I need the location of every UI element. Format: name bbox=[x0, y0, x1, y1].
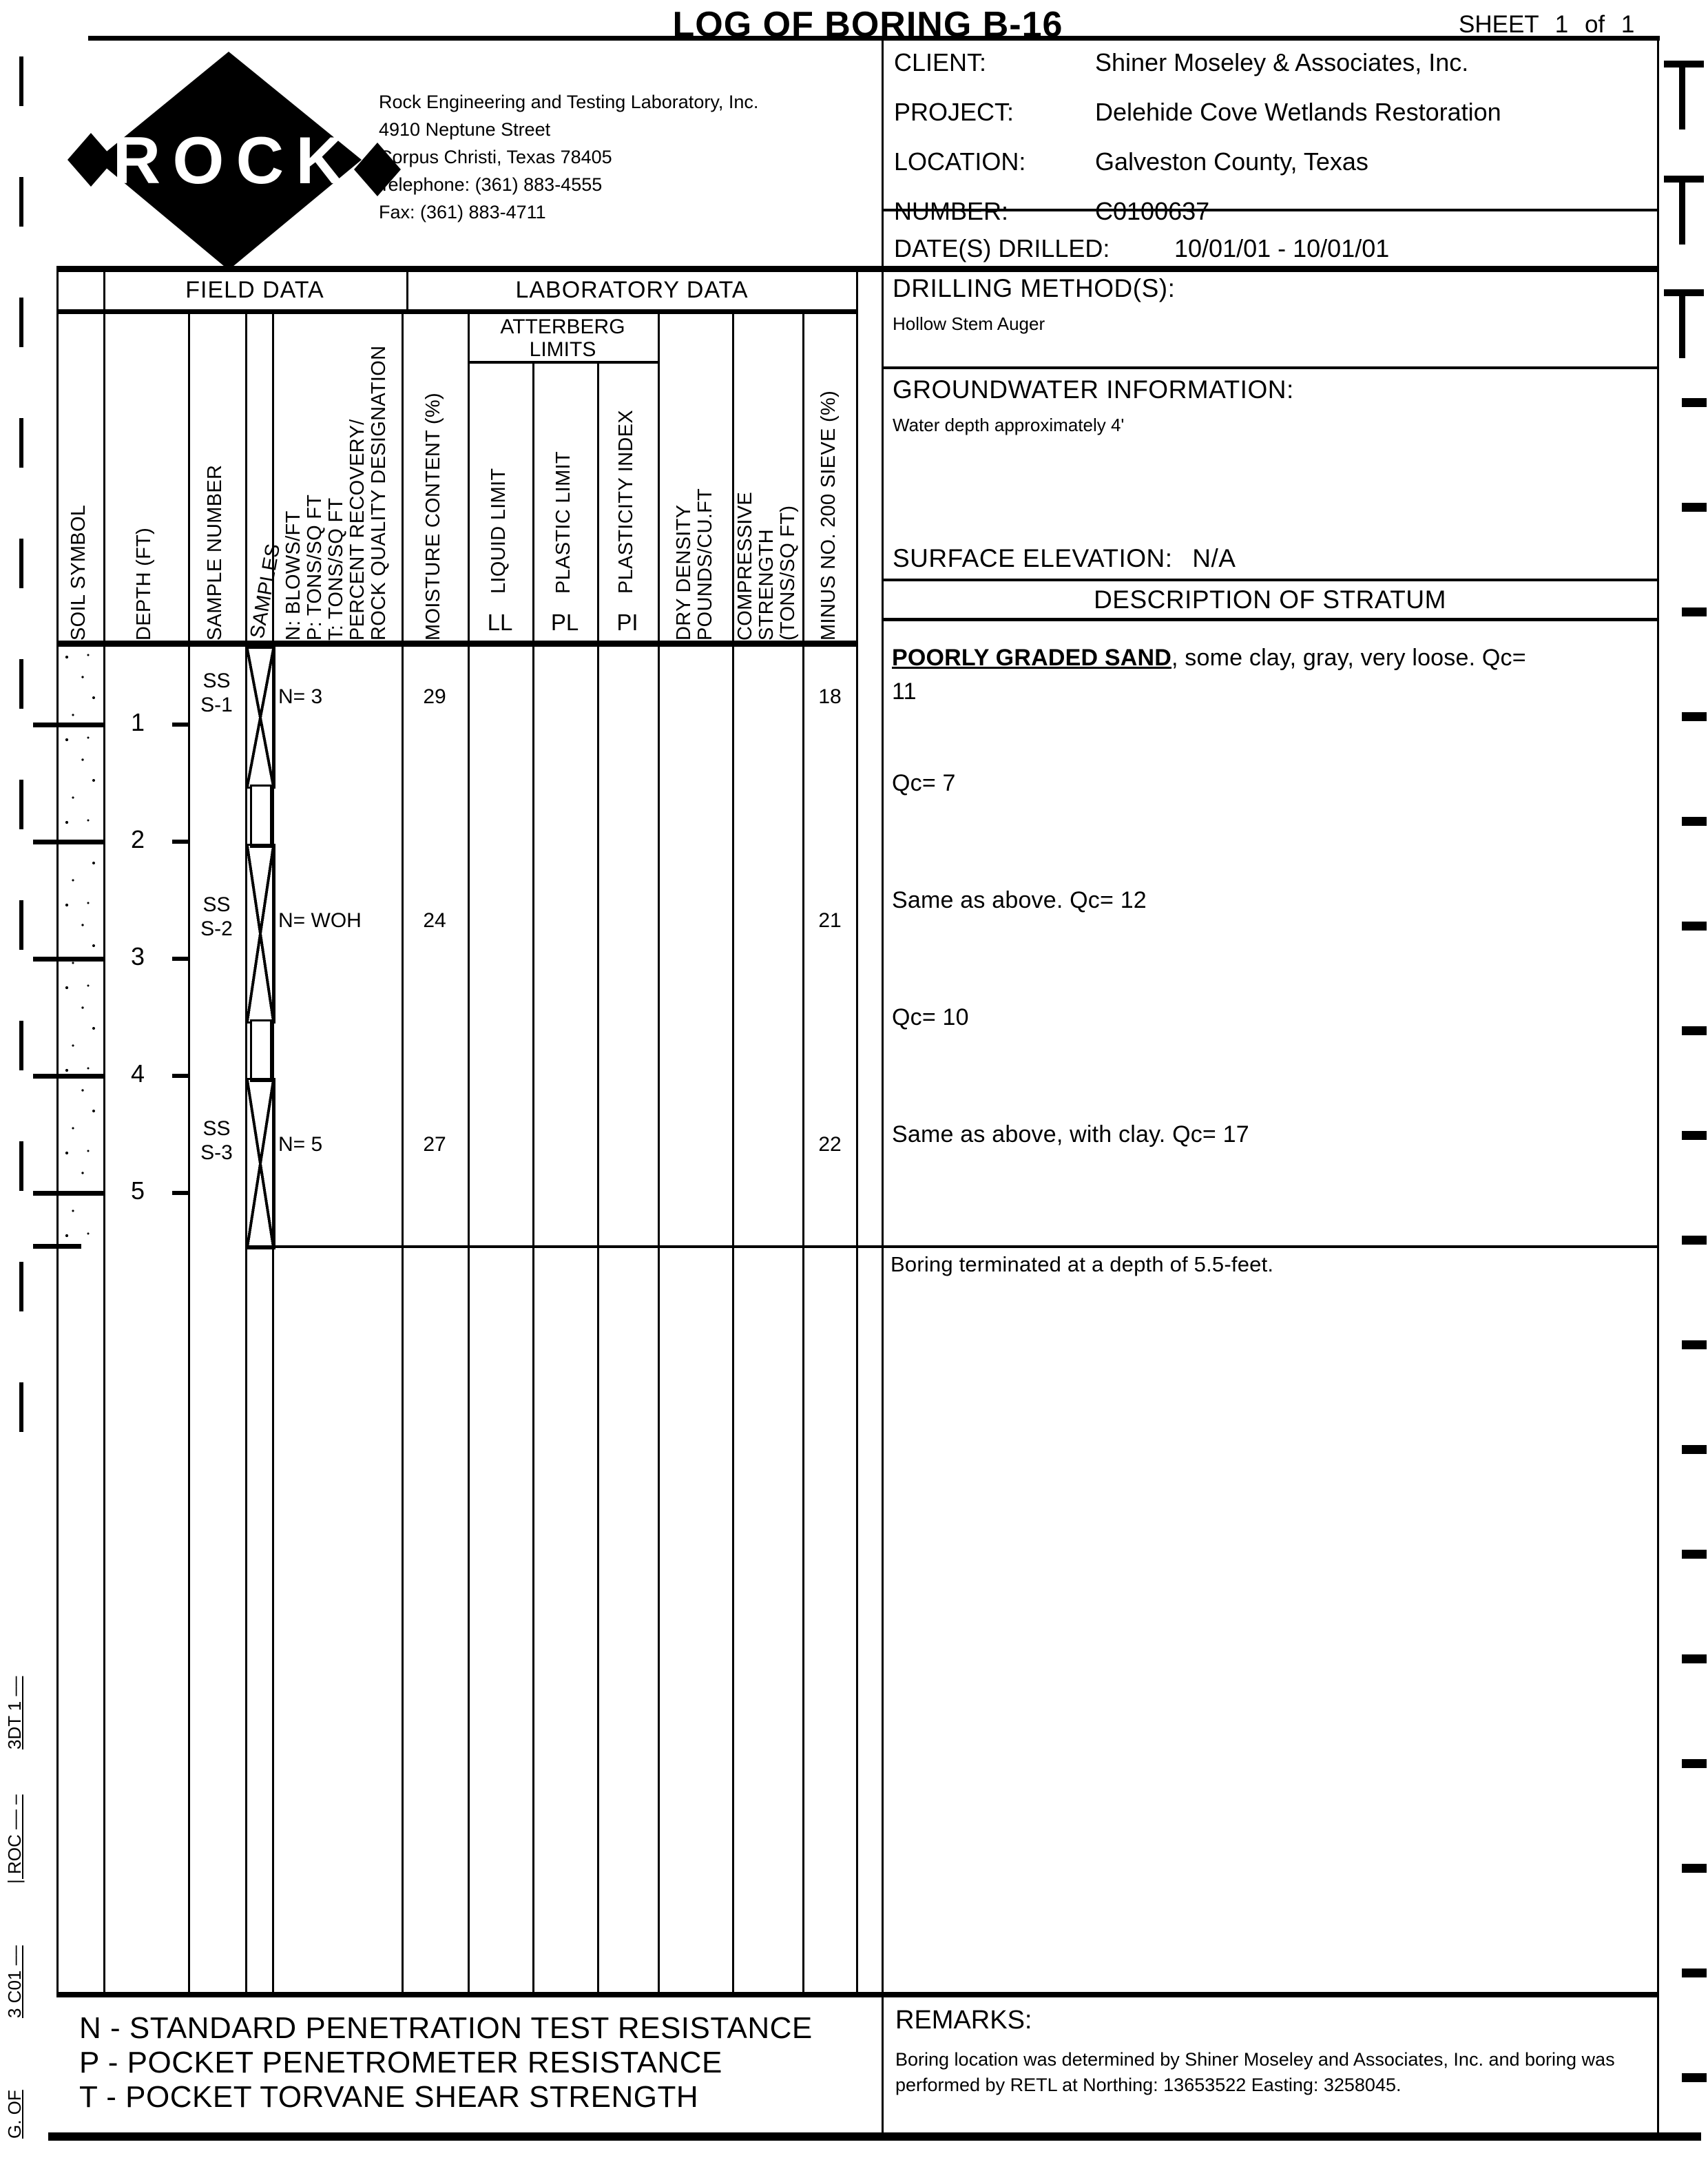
company-address2: Corpus Christi, Texas 78405 bbox=[379, 143, 758, 171]
surface-elevation-row: SURFACE ELEVATION: N/A bbox=[893, 544, 1236, 573]
stratum-main-line2: 11 bbox=[892, 678, 917, 705]
termination-note: Boring terminated at a depth of 5.5-feet… bbox=[891, 1252, 1273, 1277]
scan-artifact bbox=[1682, 712, 1707, 721]
groundwater-label: GROUNDWATER INFORMATION: bbox=[893, 375, 1294, 404]
company-address1: 4910 Neptune Street bbox=[379, 116, 758, 143]
scan-artifact bbox=[1682, 1864, 1707, 1873]
legend-p: P - POCKET PENETROMETER RESISTANCE bbox=[79, 2046, 813, 2080]
project-value: Delehide Cove Wetlands Restoration bbox=[1095, 98, 1501, 127]
project-label: PROJECT: bbox=[894, 98, 1014, 127]
col-header-liquid-limit: LIQUID LIMIT bbox=[488, 380, 512, 594]
scan-artifact bbox=[1682, 922, 1707, 931]
stratum-main-rest: , some clay, gray, very loose. Qc= bbox=[1171, 645, 1526, 671]
pi-label: PI bbox=[597, 610, 658, 636]
scan-artifact bbox=[1679, 295, 1685, 358]
scan-artifact bbox=[1682, 398, 1707, 407]
client-label: CLIENT: bbox=[894, 48, 986, 77]
location-value: Galveston County, Texas bbox=[1095, 147, 1368, 176]
scan-artifact bbox=[1682, 1131, 1707, 1140]
stratum-description-main: POORLY GRADED SAND, some clay, gray, ver… bbox=[892, 645, 1649, 672]
company-block: Rock Engineering and Testing Laboratory,… bbox=[379, 88, 758, 226]
margin-text-fragment: G. OF bbox=[4, 2090, 25, 2139]
scan-artifact bbox=[1682, 503, 1707, 512]
depth-mark: 2 bbox=[110, 825, 165, 854]
minus200-value: 21 bbox=[802, 909, 857, 933]
n-value: N= 3 bbox=[278, 685, 322, 709]
scan-artifact bbox=[1682, 1759, 1707, 1768]
margin-text-fragment: 3 C01 –– bbox=[4, 1945, 25, 2018]
drilling-method-label: DRILLING METHOD(S): bbox=[893, 274, 1175, 303]
scan-artifact bbox=[1682, 1340, 1707, 1349]
moisture-value: 27 bbox=[402, 1133, 468, 1156]
ll-label: LL bbox=[468, 610, 532, 636]
margin-text-fragment: | ROC –– – bbox=[4, 1794, 25, 1884]
scan-artifact bbox=[1679, 181, 1685, 245]
scan-artifact bbox=[1682, 1236, 1707, 1245]
scan-artifact bbox=[1682, 1550, 1707, 1559]
scan-artifact bbox=[1682, 2073, 1707, 2082]
moisture-value: 29 bbox=[402, 685, 468, 709]
minus200-value: 18 bbox=[802, 685, 857, 709]
surface-elevation-label: SURFACE ELEVATION: bbox=[893, 544, 1173, 572]
laboratory-data-header: LABORATORY DATA bbox=[406, 277, 857, 304]
groundwater-value: Water depth approximately 4' bbox=[893, 415, 1124, 436]
boring-log-page: G. OF 3 C01 –– | ROC –– – 3DT 1 –– LOG O… bbox=[0, 0, 1708, 2171]
company-phone: Telephone: (361) 883-4555 bbox=[379, 171, 758, 198]
soil-symbol-sand-pattern bbox=[59, 647, 102, 1247]
sample-interval-s1 bbox=[245, 647, 275, 789]
scan-artifact bbox=[1682, 607, 1707, 616]
rock-logo: ROCK bbox=[48, 34, 406, 282]
moisture-value: 24 bbox=[402, 909, 468, 933]
scan-artifact bbox=[1679, 66, 1685, 129]
remarks-label: REMARKS: bbox=[895, 2006, 1032, 2035]
remarks-line2: performed by RETL at Northing: 13653522 … bbox=[895, 2073, 1615, 2098]
location-label: LOCATION: bbox=[894, 147, 1025, 176]
col-header-npt: N: BLOWS/FT P: TONS/SQ FT T: TONS/SQ FT … bbox=[283, 320, 390, 641]
surface-elevation-value: N/A bbox=[1192, 544, 1236, 572]
left-margin-line bbox=[19, 56, 23, 1455]
remarks-body: Boring location was determined by Shiner… bbox=[895, 2047, 1615, 2098]
col-header-dry-density: DRY DENSITY POUNDS/CU.FT bbox=[674, 344, 716, 641]
minus200-value: 22 bbox=[802, 1133, 857, 1156]
col-header-compressive: COMPRESSIVE STRENGTH (TONS/SQ FT) bbox=[735, 344, 799, 641]
number-label: NUMBER: bbox=[894, 197, 1008, 226]
sheet-info: SHEET 1 of 1 bbox=[1459, 11, 1634, 39]
field-data-header: FIELD DATA bbox=[103, 277, 406, 304]
depth-mark: 3 bbox=[110, 942, 165, 971]
col-header-soil-symbol: SOIL SYMBOL bbox=[68, 351, 92, 641]
depth-mark: 4 bbox=[110, 1059, 165, 1088]
pl-label: PL bbox=[532, 610, 597, 636]
n-value: N= WOH bbox=[278, 909, 362, 933]
stratum-note: Qc= 7 bbox=[892, 770, 956, 797]
col-header-moisture: MOISTURE CONTENT (%) bbox=[423, 337, 446, 641]
col-header-sample-number: SAMPLE NUMBER bbox=[205, 344, 228, 641]
stratum-note: Same as above, with clay. Qc= 17 bbox=[892, 1121, 1249, 1148]
description-of-stratum-header: DESCRIPTION OF STRATUM bbox=[882, 585, 1658, 614]
depth-mark: 5 bbox=[110, 1176, 165, 1205]
legend-n: N - STANDARD PENETRATION TEST RESISTANCE bbox=[79, 2011, 813, 2046]
sample-type: SS bbox=[188, 1117, 245, 1141]
sample-connector bbox=[250, 785, 272, 848]
n-value: N= 5 bbox=[278, 1133, 322, 1156]
legend-t: T - POCKET TORVANE SHEAR STRENGTH bbox=[79, 2080, 813, 2115]
client-value: Shiner Moseley & Associates, Inc. bbox=[1095, 48, 1468, 77]
dates-label: DATE(S) DRILLED: bbox=[894, 234, 1110, 263]
sample-number: S-2 bbox=[188, 917, 245, 941]
depth-mark: 1 bbox=[110, 708, 165, 737]
sample-type: SS bbox=[188, 893, 245, 917]
company-name: Rock Engineering and Testing Laboratory,… bbox=[379, 88, 758, 116]
sample-number: S-3 bbox=[188, 1141, 245, 1165]
stratum-main-title: POORLY GRADED SAND bbox=[892, 645, 1171, 671]
remarks-line1: Boring location was determined by Shiner… bbox=[895, 2047, 1615, 2073]
number-value: C0100637 bbox=[1095, 197, 1209, 226]
company-fax: Fax: (361) 883-4711 bbox=[379, 198, 758, 226]
scan-artifact bbox=[1682, 817, 1707, 826]
stratum-note: Qc= 10 bbox=[892, 1004, 969, 1031]
sample-number: S-1 bbox=[188, 694, 245, 717]
col-header-depth: DEPTH (FT) bbox=[134, 351, 157, 641]
legend-block: N - STANDARD PENETRATION TEST RESISTANCE… bbox=[79, 2011, 813, 2115]
sample-connector bbox=[250, 1019, 272, 1082]
dates-value: 10/01/01 - 10/01/01 bbox=[1174, 234, 1389, 263]
scan-artifact bbox=[1682, 1969, 1707, 1977]
col-header-plastic-limit: PLASTIC LIMIT bbox=[553, 380, 576, 594]
margin-text-fragment: 3DT 1 –– bbox=[4, 1676, 25, 1749]
scan-artifact bbox=[1682, 1026, 1707, 1035]
atterberg-limits-header: ATTERBERG LIMITS bbox=[468, 315, 658, 361]
sample-interval-s2 bbox=[245, 844, 275, 1024]
stratum-note: Same as above. Qc= 12 bbox=[892, 887, 1147, 914]
drilling-method-value: Hollow Stem Auger bbox=[893, 313, 1045, 335]
scan-artifact bbox=[1682, 1654, 1707, 1663]
scan-artifact bbox=[1682, 1445, 1707, 1454]
sample-interval-s3 bbox=[245, 1078, 275, 1249]
col-header-plasticity-index: PLASTICITY INDEX bbox=[616, 366, 639, 594]
sample-type: SS bbox=[188, 669, 245, 693]
col-header-minus200: MINUS NO. 200 SIEVE (%) bbox=[818, 334, 842, 641]
